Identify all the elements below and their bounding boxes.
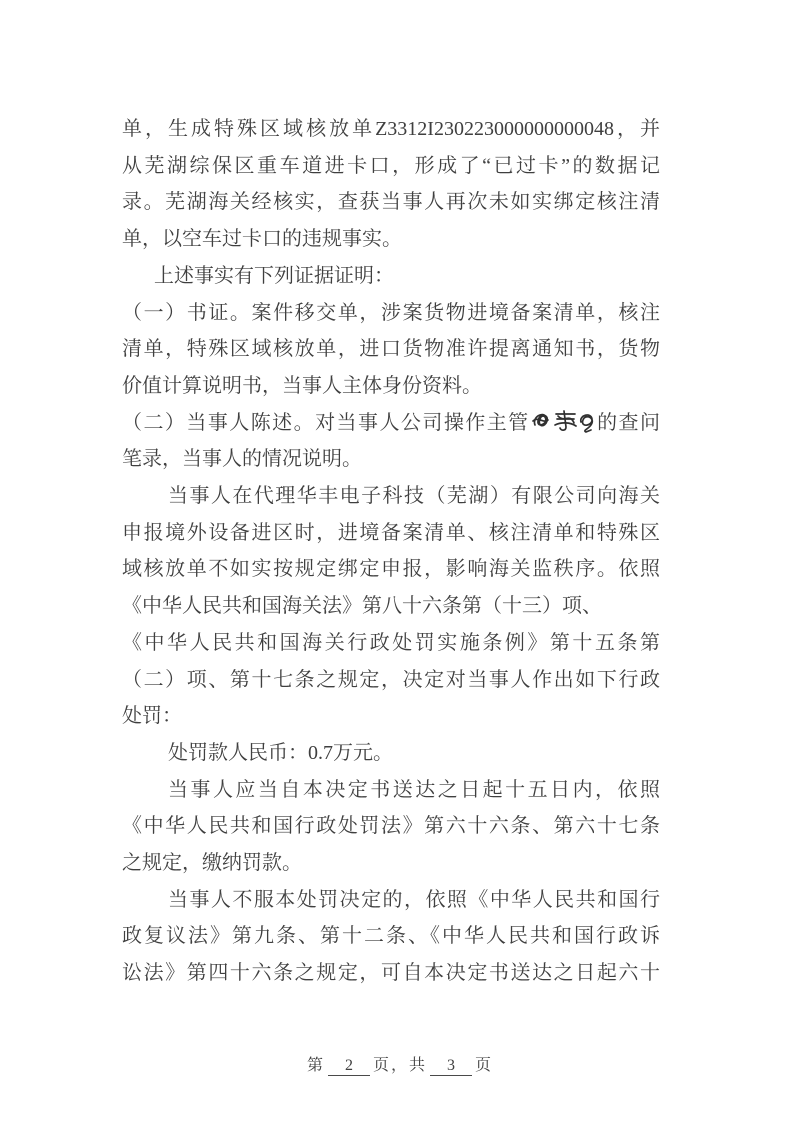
text-line-10: 笔录，当事人的情况说明。: [122, 441, 660, 478]
line9-cjk-post: 的查问: [596, 412, 660, 434]
text-line-12: 申报境外设备进区时，进境备案清单、核注清单和特殊区: [122, 515, 660, 552]
text-line-3: 录。芜湖海关经核实，查获当事人再次未如实绑定核注清: [122, 184, 660, 221]
text-line-20: 《中华人民共和国行政处罚法》第六十六条、第六十七条: [122, 808, 660, 845]
penalty-label: 处罚款人民币：: [168, 742, 308, 764]
penalty-amount: 0.7: [308, 742, 333, 764]
total-page-number: 3: [430, 1057, 472, 1076]
text-line-11: 当事人在代理华丰电子科技（芜湖）有限公司向海关: [122, 478, 660, 515]
current-page-number: 2: [328, 1057, 370, 1076]
line1-cjk-post: ，并: [614, 118, 660, 140]
text-line-23: 政复议法》第九条、第十二条、《中华人民共和国行政诉: [122, 918, 660, 955]
text-line-1: 单，生成特殊区域核放单Z3312I230223000000000048，并: [122, 111, 660, 148]
penalty-unit: 万元。: [333, 742, 393, 764]
document-page: 单，生成特殊区域核放单Z3312I230223000000000048，并 从芜…: [0, 0, 800, 1131]
text-line-13: 域核放单不如实按规定绑定申报，影响海关监秩序。依照: [122, 551, 660, 588]
footer-label-prefix: 第: [307, 1057, 325, 1074]
text-line-9: （二）当事人陈述。对当事人公司操作主管 的查问: [122, 405, 660, 442]
text-line-7: 清单，特殊区域核放单，进口货物准许提离通知书，货物: [122, 331, 660, 368]
page-footer: 第2页，共3页: [0, 1052, 800, 1076]
text-line-8: 价值计算说明书，当事人主体身份资料。: [122, 368, 660, 405]
text-line-17: 处罚：: [122, 698, 660, 735]
line9-cjk-pre: （二）当事人陈述。对当事人公司操作主管: [122, 412, 530, 434]
redacted-name-scribble: [530, 408, 596, 434]
text-line-14: 《中华人民共和国海关法》第八十六条第（十三）项、: [122, 588, 660, 625]
text-line-24: 讼法》第四十六条之规定，可自本决定书送达之日起六十: [122, 955, 660, 992]
line1-cjk-pre: 单，生成特殊区域核放单: [122, 118, 375, 140]
footer-label-suffix: 页: [475, 1057, 493, 1074]
text-line-16: （二）项、第十七条之规定，决定对当事人作出如下行政: [122, 662, 660, 699]
text-line-6: （一）书证。案件移交单，涉案货物进境备案清单，核注: [122, 295, 660, 332]
text-line-22: 当事人不服本处罚决定的，依照《中华人民共和国行: [122, 882, 660, 919]
text-line-2: 从芜湖综保区重车道进卡口，形成了“已过卡”的数据记: [122, 148, 660, 185]
release-form-number: Z3312I230223000000000048: [375, 118, 614, 140]
document-body-text: 单，生成特殊区域核放单Z3312I230223000000000048，并 从芜…: [122, 111, 660, 992]
footer-label-middle: 页，共: [373, 1057, 427, 1074]
text-line-21: 之规定，缴纳罚款。: [122, 845, 660, 882]
text-line-18: 处罚款人民币：0.7万元。: [122, 735, 660, 772]
text-line-5: 上述事实有下列证据证明：: [122, 258, 660, 295]
text-line-15: 《中华人民共和国海关行政处罚实施条例》第十五条第: [122, 625, 660, 662]
text-line-19: 当事人应当自本决定书送达之日起十五日内，依照: [122, 772, 660, 809]
text-line-4: 单，以空车过卡口的违规事实。: [122, 221, 660, 258]
